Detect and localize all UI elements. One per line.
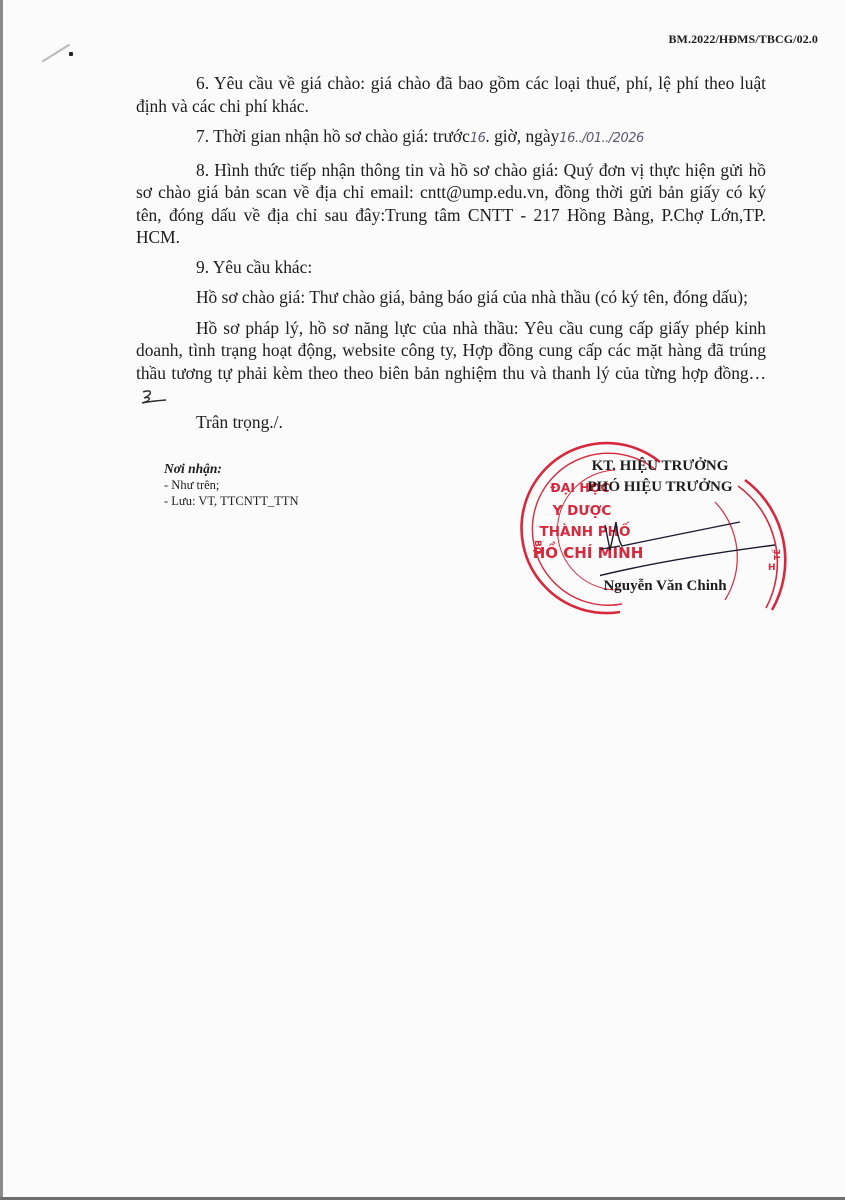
- recipient-item: - Lưu: VT, TTCNTT_TTN: [164, 493, 299, 509]
- scan-edge-left: [0, 0, 3, 1200]
- handwritten-date: 16../01../2026: [559, 131, 643, 146]
- legal-docs-text: Hồ sơ pháp lý, hồ sơ năng lực của nhà th…: [136, 318, 766, 383]
- signature-title-line2: PHÓ HIỆU TRƯỞNG: [540, 477, 780, 498]
- signature-title-block: KT. HIỆU TRƯỞNG PHÓ HIỆU TRƯỞNG: [540, 456, 780, 498]
- closing-text: Trân trọng./.: [136, 411, 766, 434]
- handwritten-initial-mark: [138, 389, 168, 405]
- recipient-item: - Như trên;: [164, 477, 299, 493]
- item-9-quote-docs: Hồ sơ chào giá: Thư chào giá, bảng báo g…: [136, 286, 766, 309]
- form-code: BM.2022/HĐMS/TBCG/02.0: [668, 32, 818, 47]
- scan-artifact-dot: [69, 52, 73, 56]
- svg-text:BỘ: BỘ: [532, 540, 543, 555]
- item-6-price-requirements: 6. Yêu cầu về giá chào: giá chào đã bao …: [136, 72, 766, 117]
- item-9-heading: 9. Yêu cầu khác:: [136, 256, 766, 279]
- item-7-deadline: 7. Thời gian nhận hồ sơ chào giá: trước1…: [136, 125, 766, 151]
- deadline-hour-suffix: . giờ, ngày: [485, 126, 559, 146]
- document-body: 6. Yêu cầu về giá chào: giá chào đã bao …: [136, 72, 766, 441]
- signature-title-line1: KT. HIỆU TRƯỞNG: [540, 456, 780, 477]
- recipients-title: Nơi nhận:: [164, 461, 299, 477]
- deadline-label: 7. Thời gian nhận hồ sơ chào giá: trước: [196, 126, 470, 146]
- recipients-block: Nơi nhận: - Như trên; - Lưu: VT, TTCNTT_…: [164, 461, 299, 509]
- item-8-submission-method: 8. Hình thức tiếp nhận thông tin và hồ s…: [136, 159, 766, 249]
- item-9-legal-docs: Hồ sơ pháp lý, hồ sơ năng lực của nhà th…: [136, 317, 766, 407]
- handwritten-signature: [600, 510, 845, 590]
- scan-artifact-mark: [42, 44, 70, 63]
- handwritten-hour: 16: [470, 131, 486, 146]
